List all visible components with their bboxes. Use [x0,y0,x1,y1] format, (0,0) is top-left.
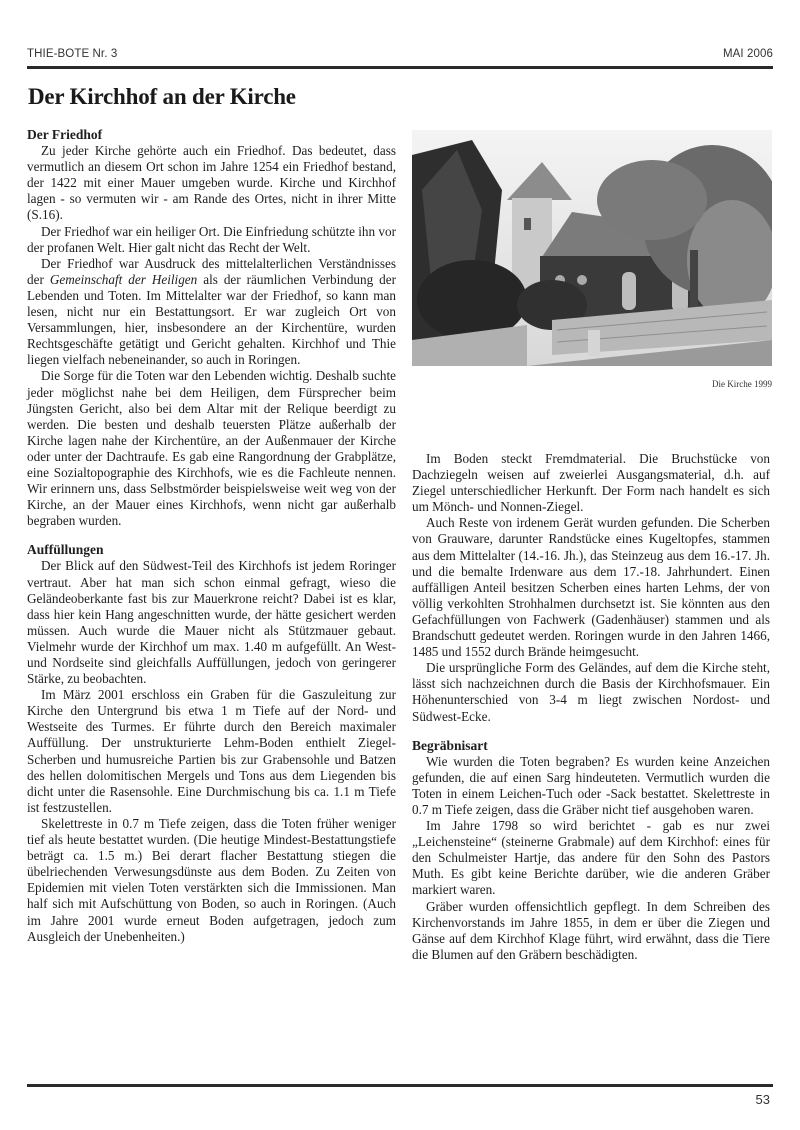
emphasis-text: Gemeinschaft der Heiligen [50,272,197,287]
footer-rule [27,1084,773,1087]
article-title: Der Kirchhof an der Kirche [28,84,296,110]
document-page: THIE-BOTE Nr. 3 MAI 2006 Der Kirchhof an… [0,0,800,1130]
section-spacer [412,725,770,738]
issue-date: MAI 2006 [723,48,773,60]
paragraph: Wie wurden die Toten begraben? Es wurden… [412,754,770,818]
paragraph: Der Blick auf den Südwest-Teil des Kirch… [27,558,396,687]
paragraph: Der Friedhof war Ausdruck des mittelalte… [27,256,396,369]
paragraph: Skelettreste in 0.7 m Tiefe zeigen, dass… [27,816,396,945]
paragraph: Gräber wurden offensichtlich gepflegt. I… [412,899,770,963]
section-heading-friedhof: Der Friedhof [27,127,396,143]
page-number: 53 [756,1092,770,1107]
running-header: THIE-BOTE Nr. 3 MAI 2006 [27,46,773,64]
left-column: Der Friedhof Zu jeder Kirche gehörte auc… [27,127,396,945]
section-spacer [27,529,396,542]
right-column: Im Boden steckt Fremdmaterial. Die Bruch… [412,451,770,963]
section-heading-begraebnisart: Begräbnisart [412,738,770,754]
photo-caption: Die Kirche 1999 [712,379,772,389]
paragraph: Der Friedhof war ein heiliger Ort. Die E… [27,224,396,256]
paragraph: Zu jeder Kirche gehörte auch ein Friedho… [27,143,396,223]
church-photo [412,130,772,366]
publication-name: THIE-BOTE Nr. 3 [27,48,117,60]
paragraph: Im Boden steckt Fremdmaterial. Die Bruch… [412,451,770,515]
church-photo-image [412,130,772,366]
paragraph: Die Sorge für die Toten war den Lebenden… [27,368,396,529]
header-rule [27,66,773,69]
paragraph: Die ursprüngliche Form des Geländes, auf… [412,660,770,724]
section-heading-auffuellungen: Auffüllungen [27,542,396,558]
paragraph: Im Jahre 1798 so wird berichtet - gab es… [412,818,770,898]
paragraph: Auch Reste von irdenem Gerät wurden gefu… [412,515,770,660]
paragraph: Im März 2001 erschloss ein Graben für di… [27,687,396,816]
